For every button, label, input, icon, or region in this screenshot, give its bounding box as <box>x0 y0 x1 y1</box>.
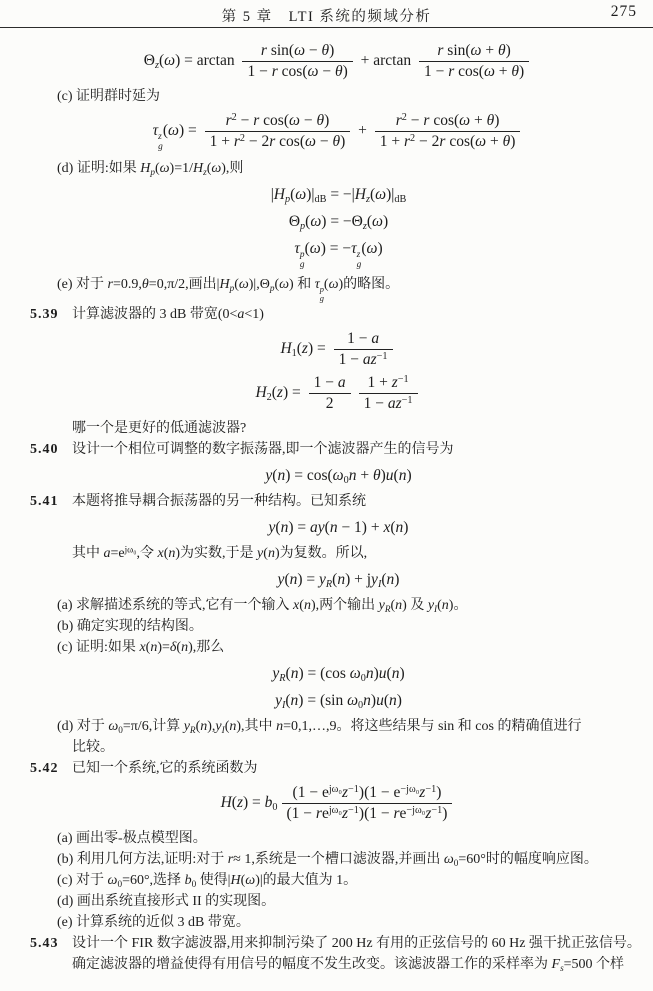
sub-item: (b) 确定实现的结构图。 <box>30 616 647 637</box>
display-formula: Θp(ω) = −Θz(ω) <box>30 210 647 233</box>
sub-item: (d) 证明:如果 Hp(ω)=1/Hz(ω),则 <box>30 158 647 179</box>
sub-item: (b) 利用几何方法,证明:对于 r≈ 1,系统是一个槽口滤波器,并画出 ω0=… <box>30 849 647 870</box>
sub-item: (c) 对于 ω0=60°,选择 b0 使得|H(ω)|的最大值为 1。 <box>30 870 647 891</box>
sub-item: (d) 画出系统直接形式 II 的实现图。 <box>30 891 647 912</box>
problem-item: 5.40设计一个相位可调整的数字振荡器,即一个滤波器产生的信号为 <box>30 439 647 460</box>
problem-number: 5.41 <box>30 491 72 512</box>
sub-item: (c) 证明:如果 x(n)=δ(n),那么 <box>30 637 647 658</box>
page-content: Θz(ω) = arctan r sin(ω − θ)1 − r cos(ω −… <box>0 28 653 975</box>
problem-text: 设计一个相位可调整的数字振荡器,即一个滤波器产生的信号为 <box>72 439 454 460</box>
body-text: 哪一个是更好的低通滤波器? <box>30 418 647 439</box>
problem-number: 5.39 <box>30 304 72 325</box>
book-page: 第 5 章 LTI 系统的频域分析 275 Θz(ω) = arctan r s… <box>0 0 653 975</box>
sub-item: (e) 对于 r=0.9,θ=0,π/2,画出|Hp(ω)|,Θp(ω) 和 τ… <box>30 274 647 303</box>
display-formula: τzg(ω) = r2 − r cos(ω − θ)1 + r2 − 2r co… <box>30 112 647 153</box>
display-formula: yR(n) = (cos ω0n)u(n) <box>30 662 647 685</box>
problem-number: 5.40 <box>30 439 72 460</box>
sub-item: (a) 画出零-极点模型图。 <box>30 828 647 849</box>
sub-item: (a) 求解描述系统的等式,它有一个输入 x(n),两个输出 yR(n) 及 y… <box>30 595 647 616</box>
problem-text: 本题将推导耦合振荡器的另一种结构。已知系统 <box>72 491 366 512</box>
display-formula: τpg(ω) = −τzg(ω) <box>30 237 647 271</box>
body-text: 其中 a=ejω₀,令 x(n)为实数,于是 y(n)为复数。所以, <box>30 543 647 564</box>
display-formula: H1(z) = 1 − a1 − az−1 <box>30 330 647 369</box>
display-formula: H(z) = b0(1 − ejω₀z−1)(1 − e−jω₀z−1)(1 −… <box>30 784 647 823</box>
page-header: 第 5 章 LTI 系统的频域分析 275 <box>0 0 653 27</box>
problem-item: 5.42已知一个系统,它的系统函数为 <box>30 758 647 779</box>
problem-item: 5.39计算滤波器的 3 dB 带宽(0<a<1) <box>30 304 647 325</box>
display-formula: |Hp(ω)|dB = −|Hz(ω)|dB <box>30 183 647 206</box>
display-formula: y(n) = ay(n − 1) + x(n) <box>30 516 647 539</box>
problem-text: 计算滤波器的 3 dB 带宽(0<a<1) <box>72 304 264 325</box>
problem-text: 已知一个系统,它的系统函数为 <box>72 758 258 779</box>
problem-item: 5.41本题将推导耦合振荡器的另一种结构。已知系统 <box>30 491 647 512</box>
page-number: 275 <box>611 3 637 21</box>
body-text: 比较。 <box>30 737 647 758</box>
display-formula: y(n) = cos(ω0n + θ)u(n) <box>30 464 647 487</box>
problem-text: 设计一个 FIR 数字滤波器,用来抑制污染了 200 Hz 有用的正弦信号的 6… <box>72 933 641 954</box>
body-text: 确定滤波器的增益使得有用信号的幅度不发生改变。该滤波器工作的采样率为 Fs=50… <box>30 954 647 975</box>
display-formula: H2(z) = 1 − a21 + z−11 − az−1 <box>30 374 647 413</box>
sub-item: (d) 对于 ω0=π/6,计算 yR(n),yI(n),其中 n=0,1,…,… <box>30 716 647 737</box>
display-formula: Θz(ω) = arctan r sin(ω − θ)1 − r cos(ω −… <box>30 42 647 81</box>
problem-number: 5.43 <box>30 933 72 954</box>
sub-item: (c) 证明群时延为 <box>30 86 647 107</box>
display-formula: yI(n) = (sin ω0n)u(n) <box>30 689 647 712</box>
sub-item: (e) 计算系统的近似 3 dB 带宽。 <box>30 912 647 933</box>
problem-item: 5.43设计一个 FIR 数字滤波器,用来抑制污染了 200 Hz 有用的正弦信… <box>30 933 647 954</box>
problem-number: 5.42 <box>30 758 72 779</box>
chapter-title: 第 5 章 LTI 系统的频域分析 <box>0 5 653 26</box>
display-formula: y(n) = yR(n) + jyI(n) <box>30 568 647 591</box>
